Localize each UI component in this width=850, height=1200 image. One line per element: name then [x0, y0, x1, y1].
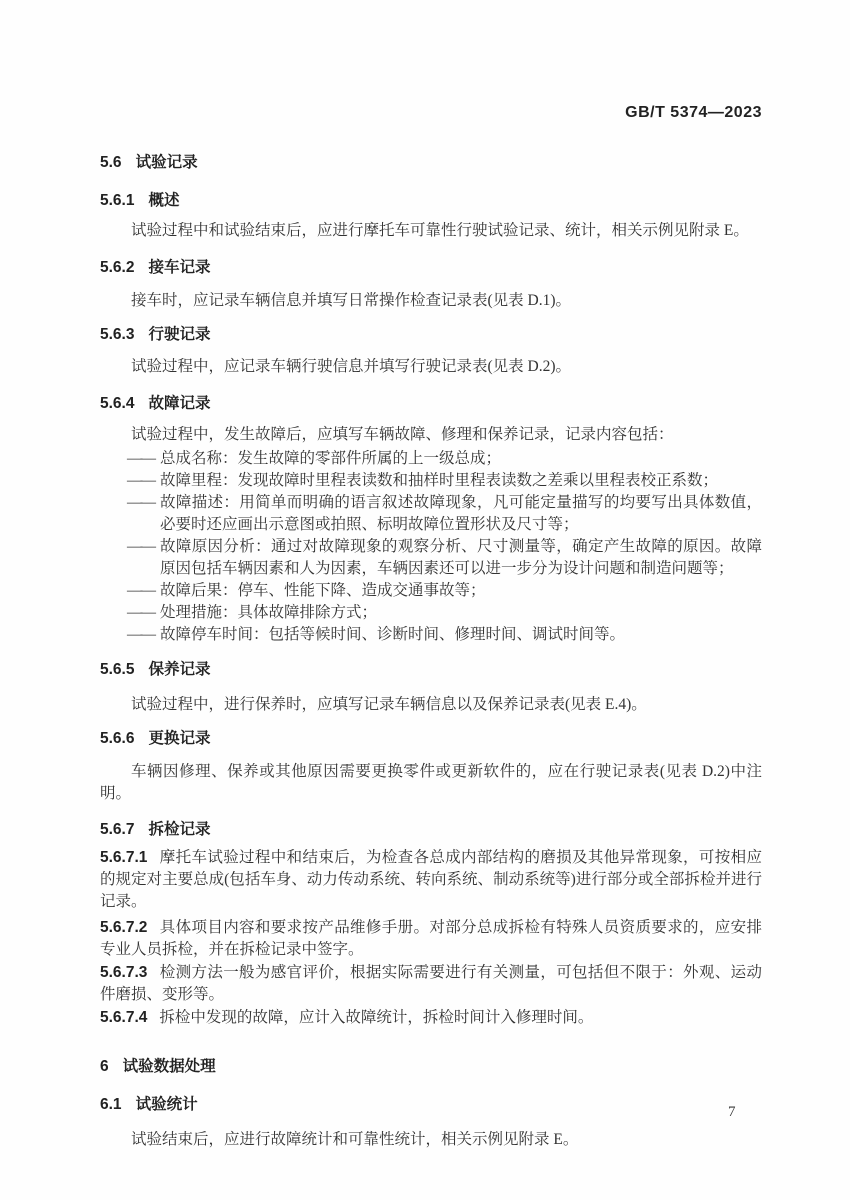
section-heading-6: 6试验数据处理	[100, 1056, 762, 1078]
heading-title: 拆检记录	[148, 821, 210, 838]
paragraph: 试验结束后，应进行故障统计和可靠性统计，相关示例见附录 E。	[100, 1129, 762, 1151]
heading-title: 接车记录	[148, 259, 210, 276]
paragraph: 试验过程中和试验结束后，应进行摩托车可靠性行驶试验记录、统计，相关示例见附录 E…	[100, 220, 762, 242]
dash-marker: ——	[127, 470, 154, 492]
list-item: ——处理措施：具体故障排除方式；	[100, 602, 762, 624]
clause-text: 检测方法一般为感官评价，根据实际需要进行有关测量，可包括但不限于：外观、运动件磨…	[100, 964, 762, 1003]
heading-title: 试验记录	[136, 154, 198, 171]
clause-paragraph: 5.6.7.4拆检中发现的故障，应计入故障统计，拆检时间计入修理时间。	[100, 1007, 762, 1029]
paragraph: 试验过程中，应记录车辆行驶信息并填写行驶记录表(见表 D.2)。	[100, 356, 762, 378]
heading-number: 5.6.4	[100, 395, 134, 412]
list-item-text: 故障停车时间：包括等候时间、诊断时间、修理时间、调试时间等。	[160, 626, 625, 643]
heading-title: 更换记录	[148, 730, 210, 747]
page-content: GB/T 5374—2023 5.6试验记录 5.6.1概述 试验过程中和试验结…	[100, 0, 762, 1151]
section-heading-5-6-5: 5.6.5保养记录	[100, 659, 762, 681]
section-heading-5-6-3: 5.6.3行驶记录	[100, 324, 762, 346]
section-heading-6-1: 6.1试验统计	[100, 1094, 762, 1116]
heading-number: 5.6.2	[100, 259, 134, 276]
list-item-text: 故障后果：停车、性能下降、造成交通事故等；	[160, 582, 486, 599]
list-item: ——故障里程：发现故障时里程表读数和抽样时里程表读数之差乘以里程表校正系数；	[100, 470, 762, 492]
section-heading-5-6-1: 5.6.1概述	[100, 190, 762, 212]
dash-list: ——总成名称：发生故障的零部件所属的上一级总成； ——故障里程：发现故障时里程表…	[100, 448, 762, 646]
dash-marker: ——	[127, 602, 154, 624]
clause-number: 5.6.7.1	[100, 849, 147, 866]
heading-number: 6	[100, 1058, 109, 1075]
paragraph: 试验过程中，进行保养时，应填写记录车辆信息以及保养记录表(见表 E.4)。	[100, 694, 762, 716]
paragraph: 试验过程中，发生故障后，应填写车辆故障、修理和保养记录，记录内容包括：	[100, 424, 762, 446]
dash-marker: ——	[127, 624, 154, 646]
section-heading-5-6-4: 5.6.4故障记录	[100, 393, 762, 415]
heading-title: 试验统计	[136, 1096, 198, 1113]
paragraph: 车辆因修理、保养或其他原因需要更换零件或更新软件的，应在行驶记录表(见表 D.2…	[100, 761, 762, 805]
clause-number: 5.6.7.3	[100, 964, 147, 981]
dash-marker: ——	[127, 536, 154, 558]
standard-number: GB/T 5374—2023	[100, 104, 762, 122]
heading-number: 5.6.6	[100, 730, 134, 747]
list-item-text: 总成名称：发生故障的零部件所属的上一级总成；	[160, 450, 501, 467]
clause-text: 拆检中发现的故障，应计入故障统计，拆检时间计入修理时间。	[159, 1009, 593, 1026]
list-item: ——总成名称：发生故障的零部件所属的上一级总成；	[100, 448, 762, 470]
list-item: ——故障原因分析：通过对故障现象的观察分析、尺寸测量等，确定产生故障的原因。故障…	[100, 536, 762, 580]
list-item-text: 故障描述：用简单而明确的语言叙述故障现象，凡可能定量描写的均要写出具体数值，必要…	[160, 494, 762, 533]
dash-marker: ——	[127, 580, 154, 602]
heading-number: 5.6	[100, 154, 122, 171]
paragraph: 接车时，应记录车辆信息并填写日常操作检查记录表(见表 D.1)。	[100, 290, 762, 312]
section-heading-5-6: 5.6试验记录	[100, 152, 762, 174]
heading-number: 5.6.5	[100, 661, 134, 678]
clause-paragraph: 5.6.7.1摩托车试验过程中和结束后，为检查各总成内部结构的磨损及其他异常现象…	[100, 847, 762, 913]
clause-paragraph: 5.6.7.2具体项目内容和要求按产品维修手册。对部分总成拆检有特殊人员资质要求…	[100, 917, 762, 961]
clause-number: 5.6.7.4	[100, 1009, 147, 1026]
section-heading-5-6-6: 5.6.6更换记录	[100, 728, 762, 750]
list-item: ——故障描述：用简单而明确的语言叙述故障现象，凡可能定量描写的均要写出具体数值，…	[100, 492, 762, 536]
heading-number: 5.6.1	[100, 192, 134, 209]
list-item-text: 处理措施：具体故障排除方式；	[160, 604, 377, 621]
heading-title: 概述	[148, 192, 179, 209]
page-number: 7	[728, 1104, 736, 1121]
section-heading-5-6-2: 5.6.2接车记录	[100, 257, 762, 279]
heading-title: 故障记录	[148, 395, 210, 412]
heading-number: 6.1	[100, 1096, 122, 1113]
list-item: ——故障后果：停车、性能下降、造成交通事故等；	[100, 580, 762, 602]
dash-marker: ——	[127, 448, 154, 470]
heading-title: 试验数据处理	[123, 1058, 216, 1075]
section-heading-5-6-7: 5.6.7拆检记录	[100, 819, 762, 841]
list-item: ——故障停车时间：包括等候时间、诊断时间、修理时间、调试时间等。	[100, 624, 762, 646]
clause-text: 摩托车试验过程中和结束后，为检查各总成内部结构的磨损及其他异常现象，可按相应的规…	[100, 849, 762, 910]
clause-number: 5.6.7.2	[100, 919, 147, 936]
heading-number: 5.6.7	[100, 821, 134, 838]
list-item-text: 故障里程：发现故障时里程表读数和抽样时里程表读数之差乘以里程表校正系数；	[160, 472, 718, 489]
heading-title: 保养记录	[148, 661, 210, 678]
dash-marker: ——	[127, 492, 154, 514]
clause-text: 具体项目内容和要求按产品维修手册。对部分总成拆检有特殊人员资质要求的，应安排专业…	[100, 919, 762, 958]
document-page: GB/T 5374—2023 5.6试验记录 5.6.1概述 试验过程中和试验结…	[0, 0, 850, 1200]
list-item-text: 故障原因分析：通过对故障现象的观察分析、尺寸测量等，确定产生故障的原因。故障原因…	[160, 538, 762, 577]
heading-number: 5.6.3	[100, 326, 134, 343]
clause-paragraph: 5.6.7.3检测方法一般为感官评价，根据实际需要进行有关测量，可包括但不限于：…	[100, 962, 762, 1006]
heading-title: 行驶记录	[148, 326, 210, 343]
